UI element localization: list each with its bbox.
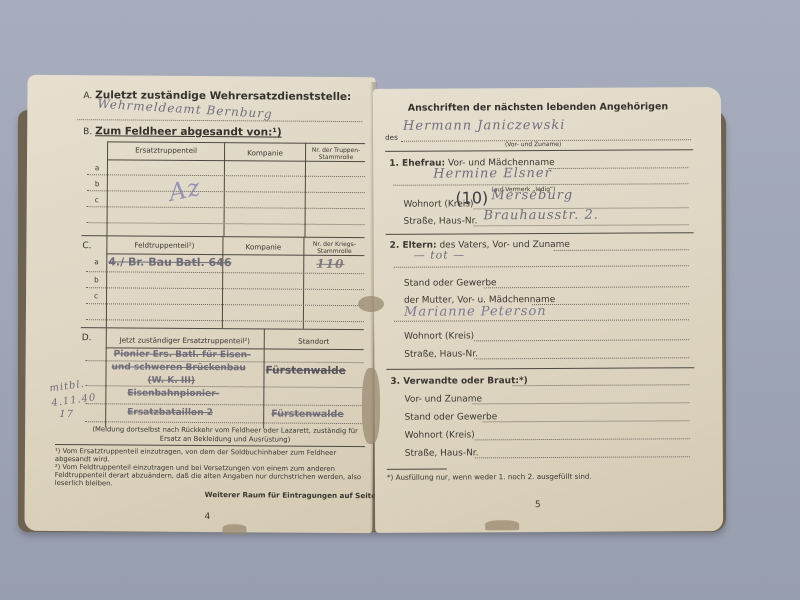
dotted-line: [474, 357, 689, 359]
kriegsstammrolle-number: 110: [316, 257, 344, 271]
dotted-line: [87, 206, 365, 209]
unit-entry-struck: 4./ Br. Bau Batl. 646: [108, 255, 231, 269]
dotted-line: [475, 456, 690, 458]
col-header-truppen-stammrolle: Nr. der Truppen-Stammrolle: [307, 147, 365, 161]
col-header-standort: Standort: [266, 336, 362, 346]
section-divider: [385, 149, 693, 152]
table-b-top-rule: [107, 141, 365, 144]
dotted-line: [394, 319, 689, 322]
relative-name-label: Vor- und Zuname: [404, 394, 482, 404]
col-header-kompanie-c: Kompanie: [224, 242, 302, 252]
des-label: des: [385, 133, 398, 142]
dotted-line: [474, 339, 689, 341]
parent-occupation-label: Stand oder Gewerbe: [404, 278, 497, 288]
relative-street-label: Straße, Haus-Nr.: [405, 448, 479, 458]
row-label-c: c: [94, 291, 98, 300]
margin-note: 17: [59, 409, 74, 420]
dotted-line: [472, 402, 689, 404]
paper-stain: [485, 520, 519, 530]
standort-struck: Fürstenwalde: [265, 364, 345, 377]
section-b-title: Zum Feldheer abgesandt von:¹): [95, 125, 282, 138]
table-d-vrule: [105, 327, 107, 427]
signature-mark: Az: [166, 173, 203, 207]
standort-struck-2: Fürstenwalde: [271, 409, 344, 421]
relative-residence-label: Wohnort (Kreis): [405, 430, 475, 440]
section-divider: [81, 327, 364, 330]
footnote: *) Ausfüllung nur, wenn weder 1. noch 2.…: [387, 472, 592, 482]
col-header-ersatztruppenteil: Ersatztruppenteil: [109, 145, 223, 155]
father-value: — tot —: [414, 248, 466, 261]
dotted-line: [475, 438, 690, 440]
dotted-line: [87, 222, 365, 225]
unit-line-struck: Ersatzbataillon 2: [127, 407, 213, 418]
col-header-kompanie: Kompanie: [226, 148, 304, 158]
table-c-vrule: [303, 237, 305, 329]
section-d-note: (Meldung dortselbst nach Rückkehr vom Fe…: [85, 425, 365, 444]
unit-line-struck: (W. K. III): [147, 376, 195, 386]
parent-residence-label: Wohnort (Kreis): [404, 331, 474, 341]
col-header-feldtruppenteil: Feldtruppenteil²): [108, 240, 220, 250]
section-c-letter: C.: [82, 241, 91, 251]
table-b-vrule: [304, 143, 306, 237]
unit-line-struck: und schweren Brückenbau: [112, 362, 246, 373]
continuation-note: Weiterer Raum für Eintragungen auf Seite…: [205, 490, 392, 500]
wife-street-value: Brauhausstr. 2.: [483, 208, 598, 224]
parent-street-label: Straße, Haus-Nr.: [404, 349, 478, 359]
dotted-line: [474, 224, 689, 226]
unit-line-struck: Eisenbahnpionier-: [127, 388, 219, 399]
soldier-name: Hermann Janiczewski: [403, 118, 565, 134]
dotted-line: [85, 421, 363, 424]
name-hint: (Vor- und Zuname): [473, 141, 593, 149]
dotted-line: [85, 403, 363, 406]
row-label-b: b: [95, 179, 100, 188]
dotted-line: [484, 286, 689, 288]
dotted-line: [86, 319, 364, 322]
page-title: Anschriften der nächsten lebenden Angehö…: [373, 101, 703, 114]
col-header-kriegs-stammrolle: Nr. der Kriegs-Stammrolle: [305, 241, 363, 255]
dotted-line: [86, 271, 364, 274]
page-number-right: 5: [535, 500, 541, 510]
section-3-label: 3. Verwandte oder Braut:*): [390, 376, 527, 387]
table-b-vrule: [106, 141, 108, 235]
section-b-heading: B. Zum Feldheer abgesandt von:¹): [83, 125, 282, 138]
table-c-vrule: [222, 236, 224, 328]
dotted-line: [532, 303, 689, 305]
section-d-letter: D.: [82, 333, 92, 343]
row-label-c: c: [95, 195, 99, 204]
footnote-divider: [387, 469, 447, 470]
paper-stain: [222, 524, 246, 534]
wife-street-label: Straße, Haus-Nr.: [404, 216, 478, 226]
postal-code-stamp: (10): [455, 188, 488, 207]
dotted-line: [554, 249, 689, 251]
margin-note: mitbl.: [49, 379, 86, 395]
dotted-line: [86, 287, 364, 290]
page-number-left: 4: [204, 512, 210, 522]
dotted-line: [77, 119, 362, 122]
section-divider: [386, 367, 694, 370]
row-label-a: a: [94, 257, 98, 266]
dotted-line: [87, 174, 365, 177]
section-divider: [386, 232, 694, 235]
paper-stain: [358, 296, 384, 312]
paper-stain: [362, 368, 380, 444]
mother-value: Marianne Peterson: [404, 304, 547, 320]
margin-note: 4.11.40: [51, 392, 97, 409]
left-page: A. Zuletzt zuständige Wehrersatzdienstst…: [24, 75, 375, 533]
table-b-vrule: [223, 142, 225, 236]
wife-name-value: Hermine Elsner: [433, 166, 552, 182]
section-b-letter: B.: [83, 127, 92, 137]
dotted-line: [86, 303, 364, 306]
unit-line-struck: Pionier Ers. Batl. für Eisen-: [114, 349, 251, 360]
soldbuch-booklet: A. Zuletzt zuständige Wehrersatzdienstst…: [18, 72, 730, 534]
right-page: Anschriften der nächsten lebenden Angehö…: [373, 87, 723, 533]
dotted-line: [394, 265, 689, 268]
footnote-2: ²) Vom Feldtruppenteil einzutragen und b…: [55, 463, 367, 489]
dotted-line: [87, 190, 365, 193]
row-label-a: a: [95, 163, 99, 172]
wife-residence-value: Merseburg: [491, 188, 573, 203]
dotted-line: [483, 420, 690, 422]
col-header-ersatztruppenteil-d: Jetzt zuständiger Ersatztruppenteil²): [108, 335, 262, 345]
table-d-vrule: [263, 328, 265, 428]
table-c-vrule: [106, 235, 108, 327]
dotted-line: [548, 167, 688, 169]
row-label-b: b: [94, 275, 99, 284]
dotted-line: [512, 384, 689, 386]
section-a-letter: A.: [83, 91, 92, 101]
